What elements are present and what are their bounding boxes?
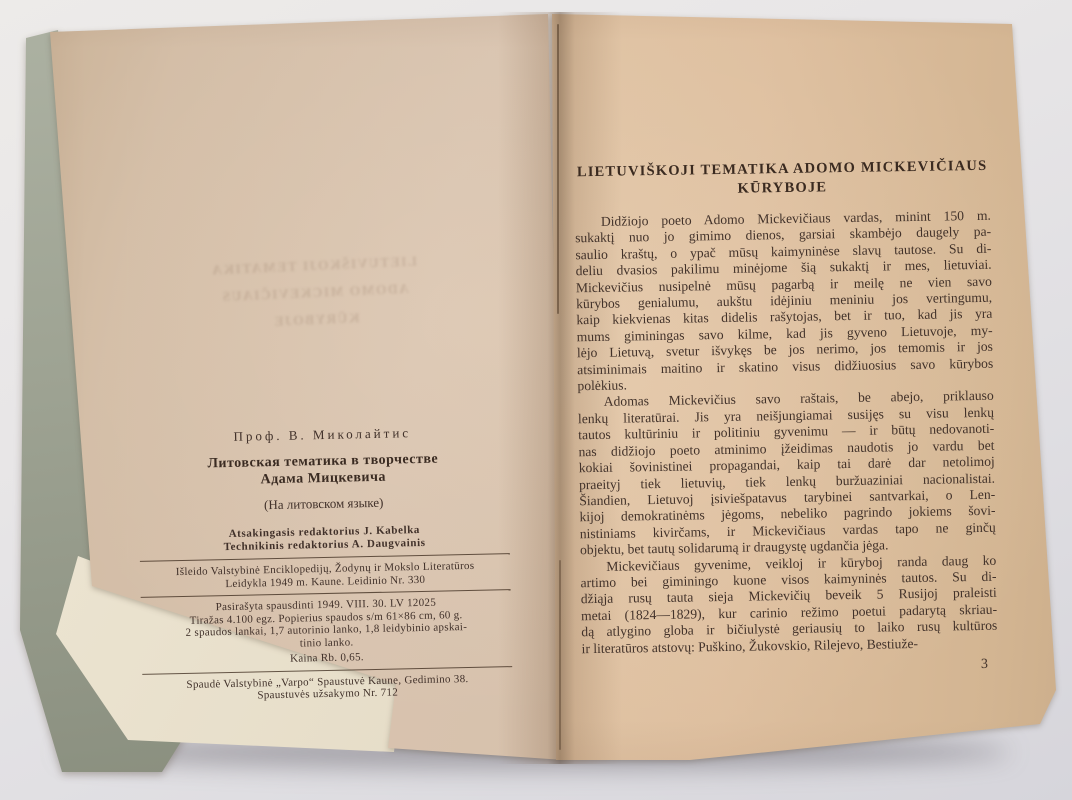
gutter-crease-top [557, 24, 559, 314]
language-note: (На литовском языке) [137, 492, 511, 516]
gutter-crease-bottom [559, 560, 561, 750]
left-page-colophon: Проф. В. Миколайтис Литовская тематика в… [135, 423, 515, 704]
body-paragraph: Adomas Mickevičius savo raštais, be abej… [578, 388, 997, 559]
show-through-title: LIETUVIŠKOJI TEMATIKA ADOMO MICKEVIČIAUS… [148, 245, 481, 340]
body-paragraph: Didžiojo poeto Adomo Mickevičiaus vardas… [575, 208, 994, 395]
open-book-photo: LIETUVIŠKOJI TEMATIKA ADOMO MICKEVIČIAUS… [0, 0, 1072, 800]
body-paragraphs: Didžiojo poeto Adomo Mickevičiaus vardas… [575, 208, 998, 657]
body-paragraph: Mickevičiaus gyvenime, veikloj ir kūrybo… [580, 552, 997, 657]
right-page-content: LIETUVIŠKOJI TEMATIKA ADOMO MICKEVIČIAUS… [574, 157, 998, 679]
